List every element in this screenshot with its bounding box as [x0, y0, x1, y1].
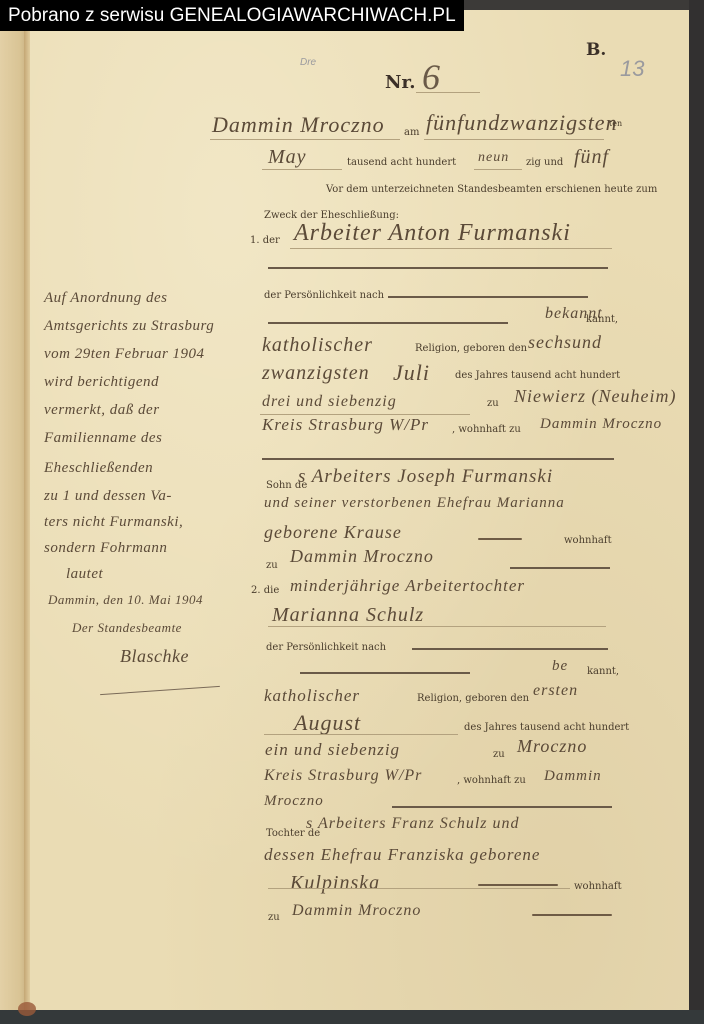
bride-religion-label: Religion, geboren den — [417, 693, 529, 704]
margin-note-line: sondern Fohrmann — [44, 540, 167, 557]
margin-note-line: Auf Anordnung des — [44, 290, 168, 307]
ten-suffix: ten — [609, 119, 622, 128]
underline — [268, 626, 606, 627]
groom-religion-label: Religion, geboren den — [415, 343, 527, 354]
source-watermark: Pobrano z serwisu GENEALOGIAWARCHIWACH.P… — [0, 0, 464, 31]
bride-residence: Dammin — [544, 768, 602, 785]
underline — [264, 734, 458, 735]
groom-parents-residence: Dammin Mroczno — [290, 546, 434, 567]
marriage-decade: neun — [478, 150, 509, 166]
groom-parents-zu: zu — [266, 560, 278, 571]
underline — [424, 139, 604, 140]
fill-line — [388, 296, 588, 298]
bride-year-label: des Jahres tausend acht hundert — [464, 722, 629, 733]
bride-father: s Arbeiters Franz Schulz und — [306, 815, 519, 833]
groom-number-label: 1. der — [250, 235, 280, 246]
form-letter: B. — [586, 40, 606, 60]
groom-year-label: des Jahres tausend acht hundert — [455, 370, 620, 381]
fill-dash — [478, 538, 522, 540]
underline — [268, 888, 570, 889]
right-scan-border — [689, 0, 704, 1024]
groom-birth-day: sechsund — [528, 332, 602, 353]
bride-personality-label: der Persönlichkeit nach — [266, 642, 386, 653]
marriage-year-unit: fünf — [574, 146, 609, 169]
page-number-pencil: 13 — [620, 56, 644, 82]
bride-religion: katholischer — [264, 686, 360, 706]
bride-birth-month: August — [294, 710, 361, 736]
groom-residence-label: , wohnhaft zu — [452, 424, 521, 435]
underline — [290, 248, 612, 249]
bride-parents-residence: Dammin Mroczno — [292, 902, 421, 920]
groom-residence: Dammin Mroczno — [540, 416, 662, 433]
groom-father: s Arbeiters Joseph Furmanski — [298, 466, 553, 488]
stain-mark — [18, 1002, 36, 1016]
groom-personality-label: der Persönlichkeit nach — [264, 290, 384, 301]
registrar-signature: Blaschke — [120, 646, 189, 667]
bride-residence-2: Mroczno — [264, 793, 324, 810]
marriage-month: May — [268, 146, 307, 169]
groom-kannt-label: kannt, — [586, 314, 618, 325]
bride-district: Kreis Strasburg W/Pr — [264, 767, 422, 785]
bride-occupation: minderjährige Arbeitertochter — [290, 576, 525, 596]
pencil-note: Dre — [300, 57, 316, 68]
bride-number-label: 2. die — [251, 585, 279, 596]
marriage-day: fünfundzwanzigsten — [426, 110, 618, 136]
nr-label: Nr. — [385, 72, 416, 93]
groom-zu-label: zu — [487, 398, 499, 409]
underline — [416, 92, 480, 93]
am-label: am — [404, 127, 419, 138]
groom-birth-day-2: zwanzigsten — [262, 362, 370, 385]
groom-religion: katholischer — [262, 334, 373, 357]
margin-note-line: vermerkt, daß der — [44, 402, 160, 419]
groom-birth-month: Juli — [393, 360, 430, 386]
margin-note-date: Dammin, den 10. Mai 1904 — [48, 592, 203, 608]
fill-line — [262, 458, 614, 460]
margin-note-line: vom 29ten Februar 1904 — [44, 346, 205, 363]
bride-parents-wohnhaft: wohnhaft — [574, 881, 622, 892]
bride-birth-year: ein und siebenzig — [265, 740, 400, 760]
bride-birthplace: Mroczno — [517, 736, 587, 757]
appeared-text: Vor dem unterzeichneten Standesbeamten e… — [326, 184, 657, 195]
bride-birth-day: ersten — [533, 682, 578, 700]
margin-note-registrar: Der Standesbeamte — [72, 620, 182, 636]
bride-mother-maiden: Kulpinska — [290, 872, 380, 895]
underline — [474, 169, 522, 170]
bottom-scan-border — [0, 1010, 704, 1024]
fill-dash — [532, 914, 612, 916]
fill-line — [300, 672, 470, 674]
groom-mother-maiden: geborene Krause — [264, 522, 402, 543]
margin-note-line: zu 1 und dessen Va- — [44, 488, 172, 505]
bride-kannt-label: kannt, — [587, 666, 619, 677]
year-printed: tausend acht hundert — [347, 157, 456, 168]
groom-mother: und seiner verstorbenen Ehefrau Marianna — [264, 495, 565, 512]
fill-line — [392, 806, 612, 808]
book-spine — [24, 10, 30, 1010]
bride-zu-label: zu — [493, 749, 505, 760]
bride-known-hand: be — [552, 658, 568, 675]
fill-line — [412, 648, 608, 650]
margin-note-line: Eheschließenden — [44, 460, 153, 477]
groom-birth-year: drei und siebenzig — [262, 393, 397, 411]
margin-note-line: ters nicht Furmanski, — [44, 514, 183, 531]
bride-mother: dessen Ehefrau Franziska geborene — [264, 845, 540, 865]
groom-birthplace: Niewierz (Neuheim) — [514, 386, 676, 407]
margin-note-line: wird berichtigend — [44, 374, 159, 391]
marriage-place: Dammin Mroczno — [212, 112, 385, 138]
margin-note-line: Familienname des — [44, 430, 162, 447]
bride-name: Marianna Schulz — [272, 604, 424, 627]
fill-line — [268, 322, 508, 324]
bride-parents-zu: zu — [268, 912, 280, 923]
zig-und-label: zig und — [526, 157, 563, 168]
underline — [210, 139, 400, 140]
groom-parents-wohnhaft: wohnhaft — [564, 535, 612, 546]
bride-residence-label: , wohnhaft zu — [457, 775, 526, 786]
fill-line — [510, 567, 610, 569]
fill-dash — [478, 884, 558, 886]
margin-note-line: lautet — [66, 566, 103, 583]
groom-district: Kreis Strasburg W/Pr — [262, 415, 429, 435]
fill-line — [268, 267, 608, 269]
groom-name: Arbeiter Anton Furmanski — [294, 220, 571, 247]
margin-note-line: Amtsgerichts zu Strasburg — [44, 318, 214, 335]
underline — [262, 169, 342, 170]
